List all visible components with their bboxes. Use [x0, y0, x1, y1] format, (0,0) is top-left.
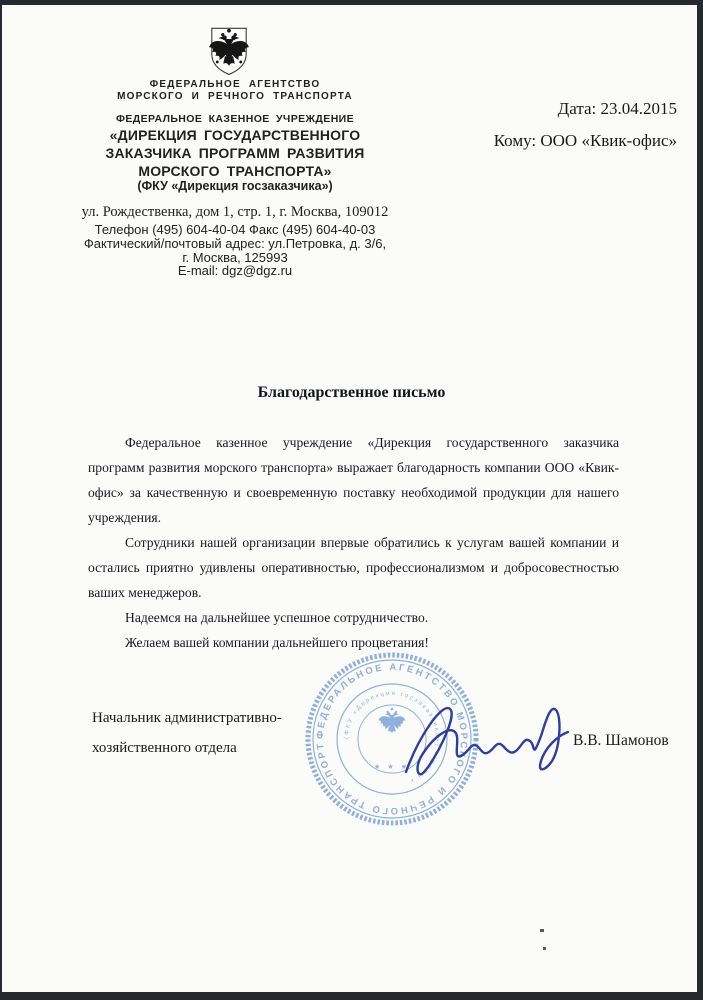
agency-name-line1: ФЕДЕРАЛЬНОЕ АГЕНТСТВО	[40, 79, 430, 91]
letter-body: Федеральное казенное учреждение «Дирекци…	[88, 430, 619, 655]
signer-name: В.В. Шамонов	[573, 732, 669, 750]
scan-edge-top	[0, 0, 703, 5]
scan-edge-left	[0, 0, 2, 1000]
phone-fax: Телефон (495) 604-40-04 Факс (495) 604-4…	[40, 222, 430, 237]
date-line: Дата: 23.04.2015	[558, 99, 677, 119]
institution-type: ФЕДЕРАЛЬНОЕ КАЗЕННОЕ УЧРЕЖДЕНИЕ	[40, 113, 430, 125]
agency-name-line2: МОРСКОГО И РЕЧНОГО ТРАНСПОРТА	[40, 91, 430, 103]
scan-speck	[543, 947, 546, 950]
double-headed-eagle-icon	[205, 26, 253, 76]
signer-position: Начальник административно- хозяйственног…	[92, 703, 282, 763]
body-paragraph-2: Сотрудники нашей организации впервые обр…	[88, 530, 619, 605]
letterhead-emblem	[205, 26, 253, 76]
signer-position-line1: Начальник административно-	[92, 703, 282, 733]
handwritten-signature	[392, 676, 578, 790]
letter-title: Благодарственное письмо	[0, 384, 703, 402]
email-line: E-mail: dgz@dgz.ru	[40, 263, 430, 278]
institution-short-name: (ФКУ «Дирекция госзаказчика»)	[40, 179, 430, 193]
scan-speck	[540, 929, 544, 932]
institution-name-line1: «ДИРЕКЦИЯ ГОСУДАРСТВЕННОГО	[40, 127, 430, 143]
body-paragraph-3: Надеемся на дальнейшее успешное сотрудни…	[88, 605, 619, 630]
signer-position-line2: хозяйственного отдела	[92, 733, 282, 763]
signature-stroke-icon	[392, 676, 578, 790]
scan-edge-right	[697, 0, 703, 1000]
body-paragraph-1: Федеральное казенное учреждение «Дирекци…	[88, 430, 619, 530]
institution-name-line2: ЗАКАЗЧИКА ПРОГРАММ РАЗВИТИЯ	[40, 145, 430, 161]
postal-address-line1: Фактический/почтовый адрес: ул.Петровка,…	[40, 236, 430, 251]
recipient-line: Кому: ООО «Квик-офис»	[494, 131, 677, 151]
agency-name: ФЕДЕРАЛЬНОЕ АГЕНТСТВО МОРСКОГО И РЕЧНОГО…	[40, 79, 430, 103]
address-legal: ул. Рождественка, дом 1, стр. 1, г. Моск…	[40, 204, 430, 221]
scan-edge-bottom	[0, 992, 703, 1000]
institution-name-line3: МОРСКОГО ТРАНСПОРТА»	[40, 163, 430, 179]
